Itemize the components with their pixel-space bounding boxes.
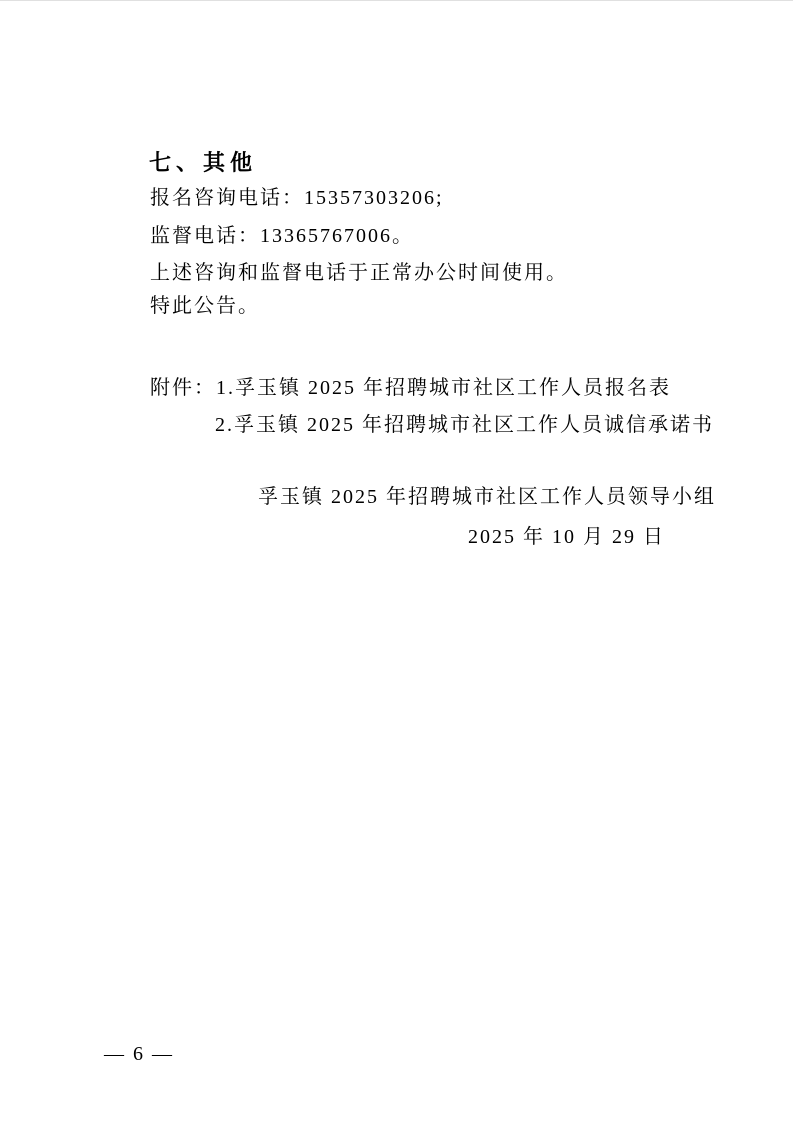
date-line: 2025 年 10 月 29 日 (468, 525, 665, 549)
attachments-line-1: 附件：1.孚玉镇 2025 年招聘城市社区工作人员报名表 (150, 376, 671, 400)
attachment-item-2: 2.孚玉镇 2025 年招聘城市社区工作人员诚信承诺书 (215, 413, 714, 437)
section-heading: 七、其他 (149, 150, 257, 176)
announcement-closing-line: 特此公告。 (150, 294, 260, 318)
consultation-phone-line: 报名咨询电话：15357303206; (150, 186, 444, 210)
attachments-label: 附件： (150, 377, 216, 399)
page-number: — 6 — (104, 1043, 174, 1066)
document-page: 七、其他 报名咨询电话：15357303206; 监督电话：1336576700… (0, 0, 793, 1122)
attachment-item-1: 1.孚玉镇 2025 年招聘城市社区工作人员报名表 (216, 377, 671, 399)
phone-usage-note-line: 上述咨询和监督电话于正常办公时间使用。 (150, 261, 568, 285)
supervision-phone-line: 监督电话：13365767006。 (150, 224, 414, 248)
signature-line: 孚玉镇 2025 年招聘城市社区工作人员领导小组 (258, 485, 716, 509)
